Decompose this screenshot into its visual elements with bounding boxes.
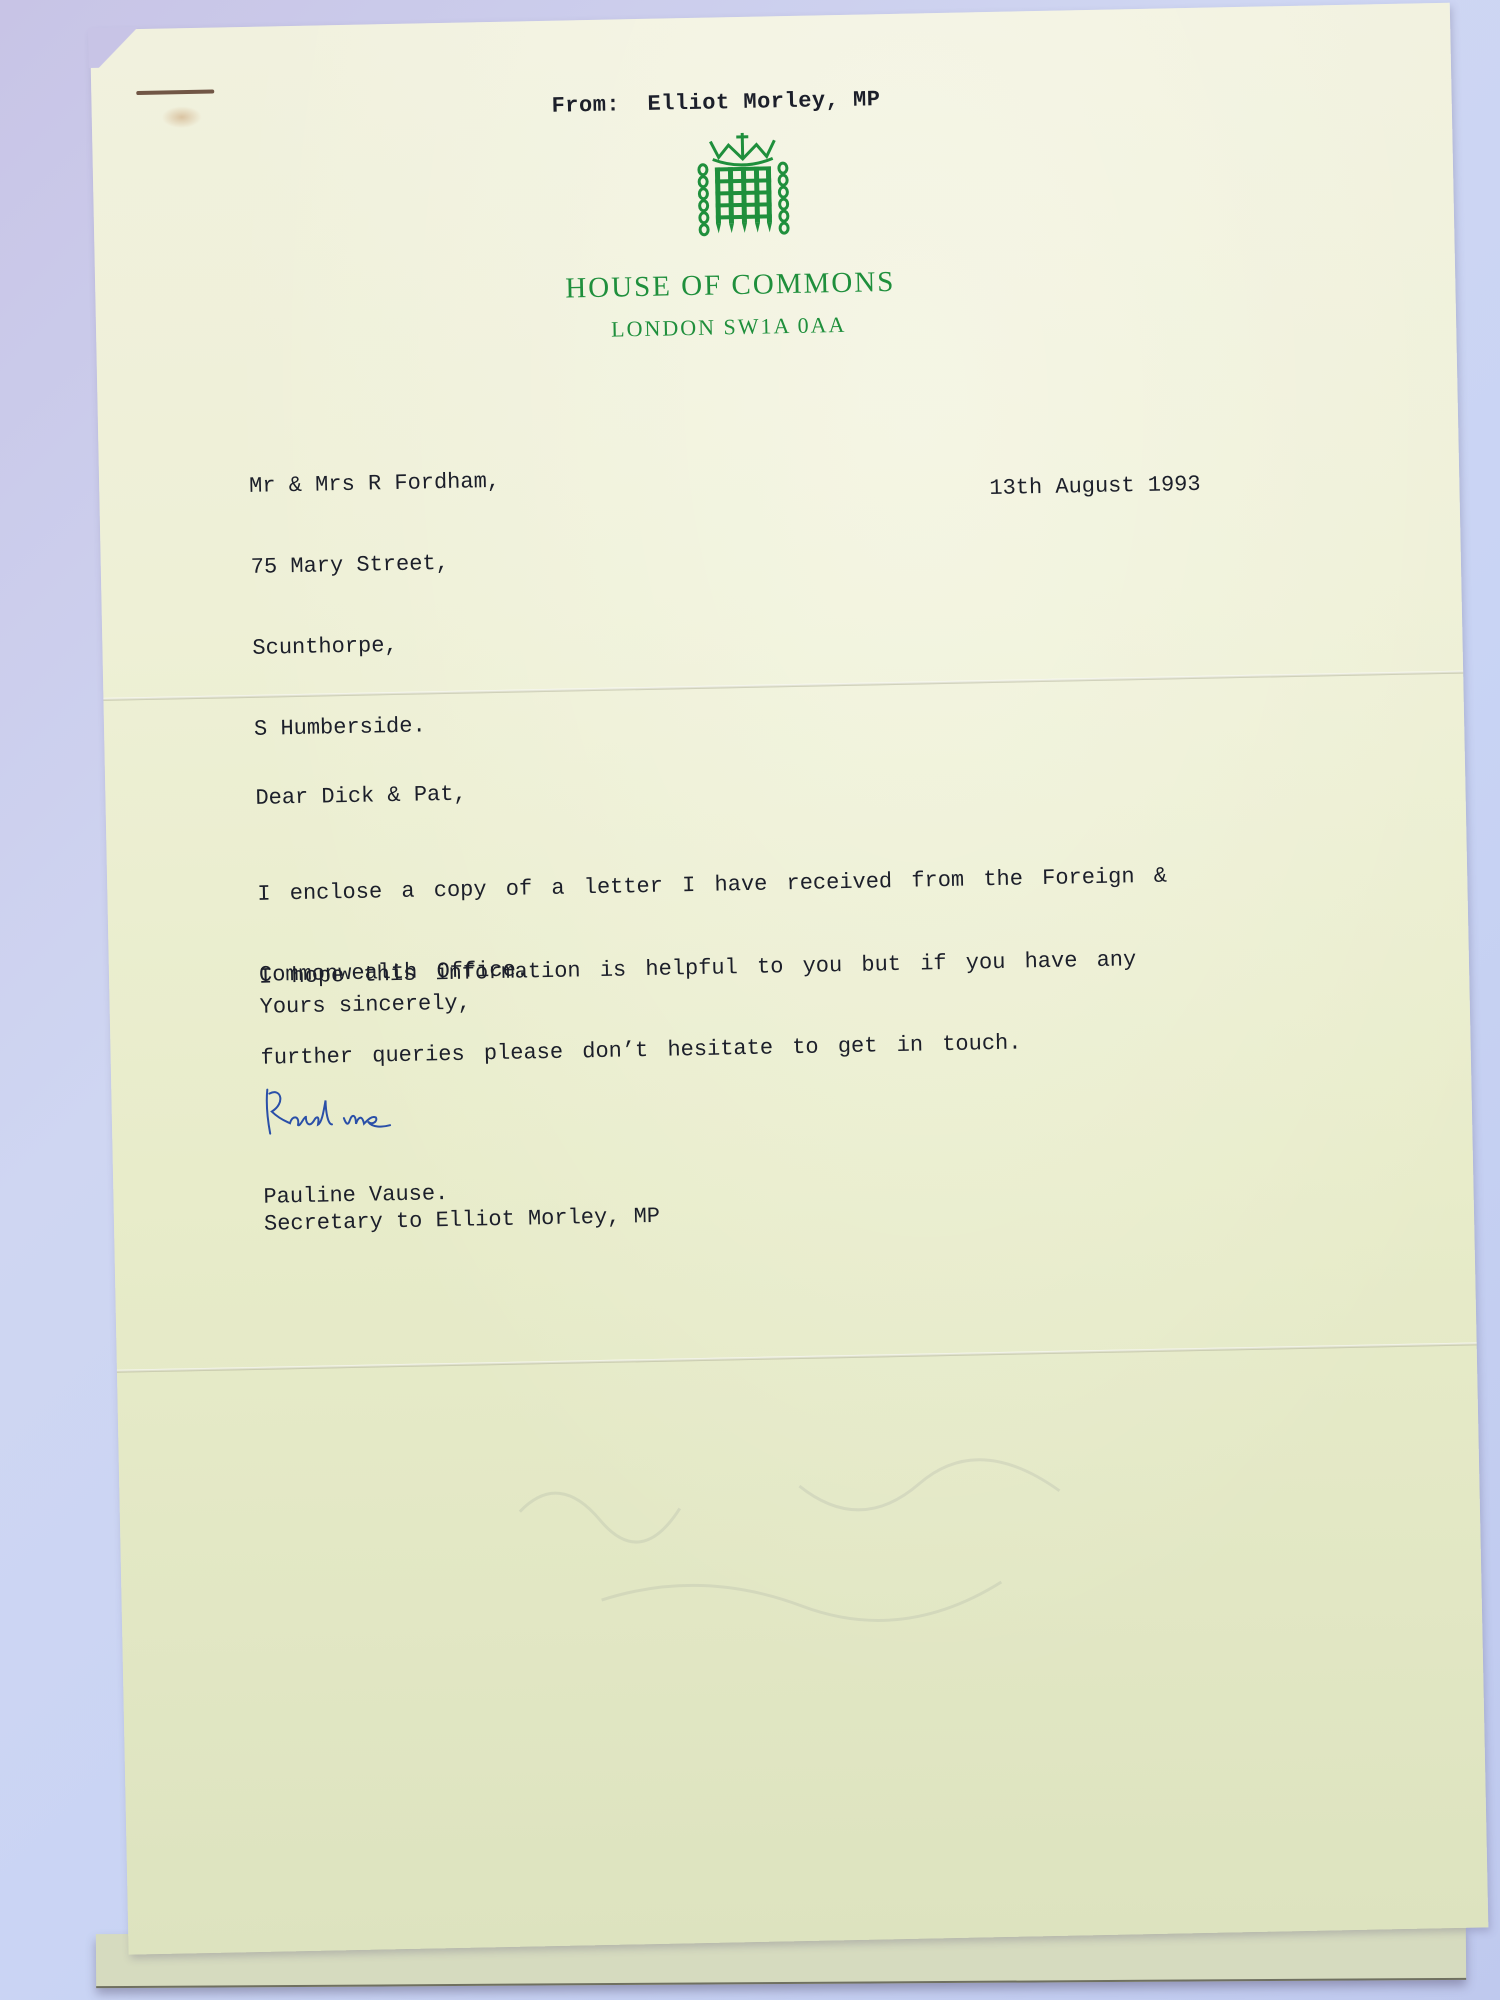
- organisation-name: HOUSE OF COMMONS: [565, 266, 896, 306]
- recipient-line: 75 Mary Street,: [251, 549, 502, 581]
- organisation-address: LONDON SW1A 0AA: [611, 312, 847, 343]
- paragraph-line: further queries please don’t hesitate to…: [260, 1027, 1138, 1072]
- staple-mark: [136, 90, 214, 96]
- letter-date: 13th August 1993: [989, 471, 1201, 502]
- from-name: Elliot Morley, MP: [647, 87, 880, 117]
- recipient-line: Mr & Mrs R Fordham,: [249, 468, 500, 500]
- recipient-line: S Humberside.: [254, 711, 505, 743]
- signer-name: Pauline Vause.: [263, 1180, 448, 1211]
- from-line: From: Elliot Morley, MP: [551, 86, 880, 120]
- fold-crease-lower: [117, 1342, 1477, 1372]
- handwritten-signature: Pauline: [259, 1079, 410, 1152]
- salutation: Dear Dick & Pat,: [255, 781, 467, 812]
- paragraph-line: I hope this information is helpful to yo…: [259, 946, 1137, 991]
- show-through-marks: [499, 1438, 1203, 1652]
- recipient-line: Scunthorpe,: [252, 630, 503, 662]
- torn-corner: [88, 27, 159, 68]
- recipient-address: Mr & Mrs R Fordham, 75 Mary Street, Scun…: [248, 414, 506, 797]
- closing: Yours sincerely,: [259, 990, 471, 1021]
- portcullis-crest-icon: [692, 128, 794, 240]
- from-label: From:: [551, 92, 620, 118]
- letter-page: From: Elliot Morley, MP: [90, 3, 1488, 1955]
- rust-stain: [162, 106, 202, 129]
